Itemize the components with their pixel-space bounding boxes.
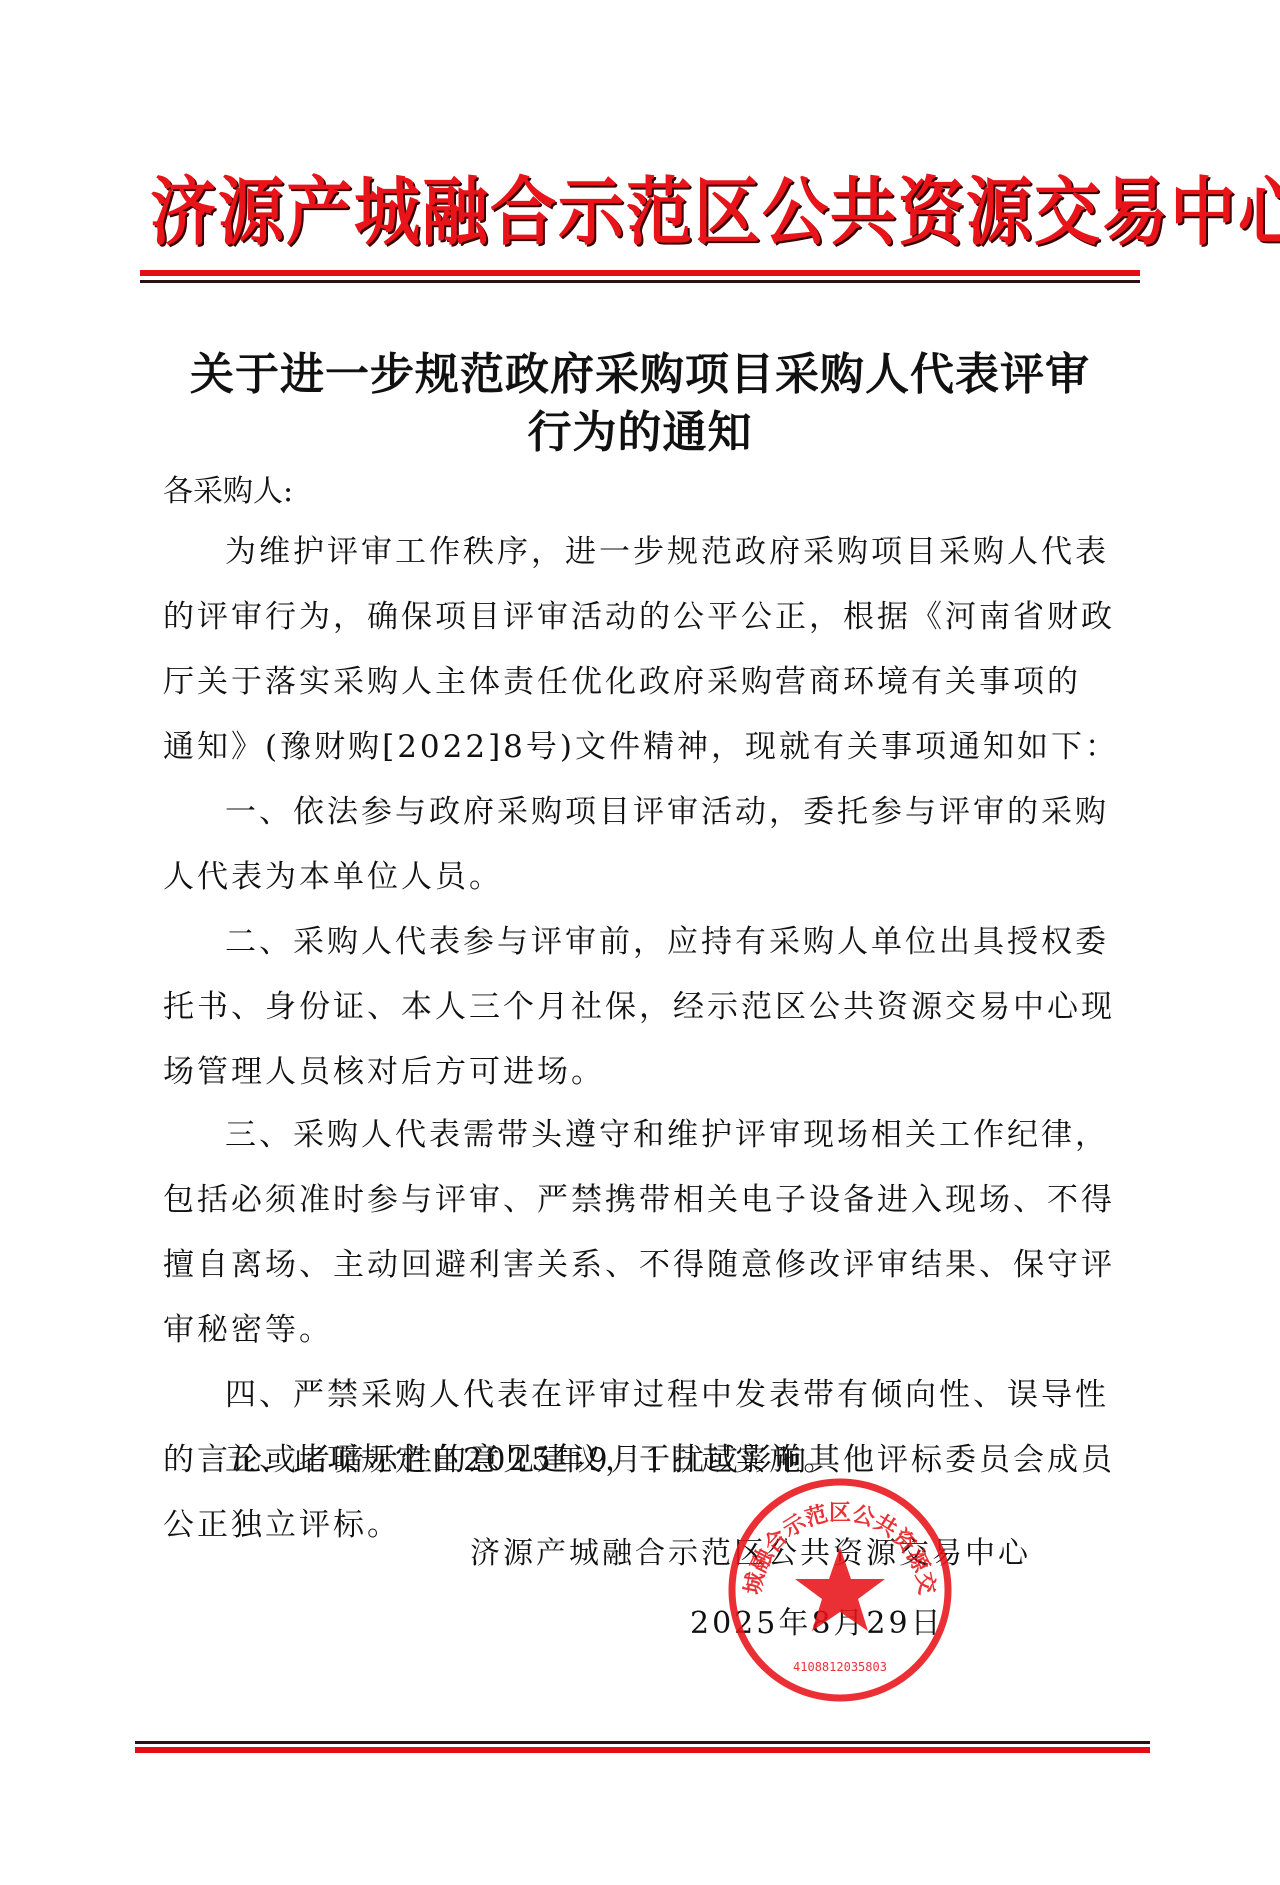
footer-red-rule [135, 1747, 1150, 1753]
document-title-line-1: 关于进一步规范政府采购项目采购人代表评审 [140, 338, 1140, 402]
paragraph-line: 擅自离场、主动回避利害关系、不得随意修改评审结果、保守评 [163, 1233, 1123, 1298]
star-icon [795, 1547, 885, 1631]
salutation: 各采购人: [163, 466, 293, 510]
letterhead-black-rule [140, 280, 1140, 283]
item-5-paragraph-text: 五、此项规定自2025年9月1日起实施。 [163, 1428, 1123, 1493]
item-3-paragraph: 三、采购人代表需带头遵守和维护评审现场相关工作纪律， 包括必须准时参与评审、严禁… [163, 1103, 1123, 1363]
paragraph-line: 包括必须准时参与评审、严禁携带相关电子设备进入现场、不得 [163, 1168, 1123, 1233]
paragraph-line: 二、采购人代表参与评审前，应持有采购人单位出具授权委 [163, 910, 1123, 975]
svg-text:4108812035803: 4108812035803 [793, 1660, 887, 1674]
paragraph-line: 四、严禁采购人代表在评审过程中发表带有倾向性、误导性 [163, 1363, 1123, 1428]
paragraph-line: 人代表为本单位人员。 [163, 845, 1123, 910]
item-1-paragraph: 一、依法参与政府采购项目评审活动，委托参与评审的采购 人代表为本单位人员。 [163, 780, 1123, 910]
intro-paragraph: 为维护评审工作秩序，进一步规范政府采购项目采购人代表 的评审行为，确保项目评审活… [163, 520, 1123, 780]
letterhead-org-name: 济源产城融合示范区公共资源交易中心 [150, 152, 1130, 258]
paragraph-line: 托书、身份证、本人三个月社保，经示范区公共资源交易中心现 [163, 975, 1123, 1040]
official-seal-icon: 济源产城融合示范区公共资源交易中心 4108812035803 [725, 1475, 955, 1705]
paragraph-line: 的评审行为，确保项目评审活动的公平公正，根据《河南省财政 [163, 585, 1123, 650]
paragraph-line: 场管理人员核对后方可进场。 [163, 1040, 1123, 1105]
paragraph-line: 为维护评审工作秩序，进一步规范政府采购项目采购人代表 [163, 520, 1123, 585]
paragraph-line: 通知》(豫财购[2022]8号)文件精神，现就有关事项通知如下： [163, 715, 1123, 780]
paragraph-line: 五、此项规定自2025年9月1日起实施。 [163, 1428, 1123, 1493]
item-2-paragraph: 二、采购人代表参与评审前，应持有采购人单位出具授权委 托书、身份证、本人三个月社… [163, 910, 1123, 1105]
document-title-line-2: 行为的通知 [140, 396, 1140, 460]
paragraph-line: 一、依法参与政府采购项目评审活动，委托参与评审的采购 [163, 780, 1123, 845]
paragraph-line: 厅关于落实采购人主体责任优化政府采购营商环境有关事项的 [163, 650, 1123, 715]
paragraph-line: 审秘密等。 [163, 1298, 1123, 1363]
footer-black-rule [135, 1741, 1150, 1744]
letterhead-red-rule [140, 270, 1140, 276]
paragraph-line: 三、采购人代表需带头遵守和维护评审现场相关工作纪律， [163, 1103, 1123, 1168]
